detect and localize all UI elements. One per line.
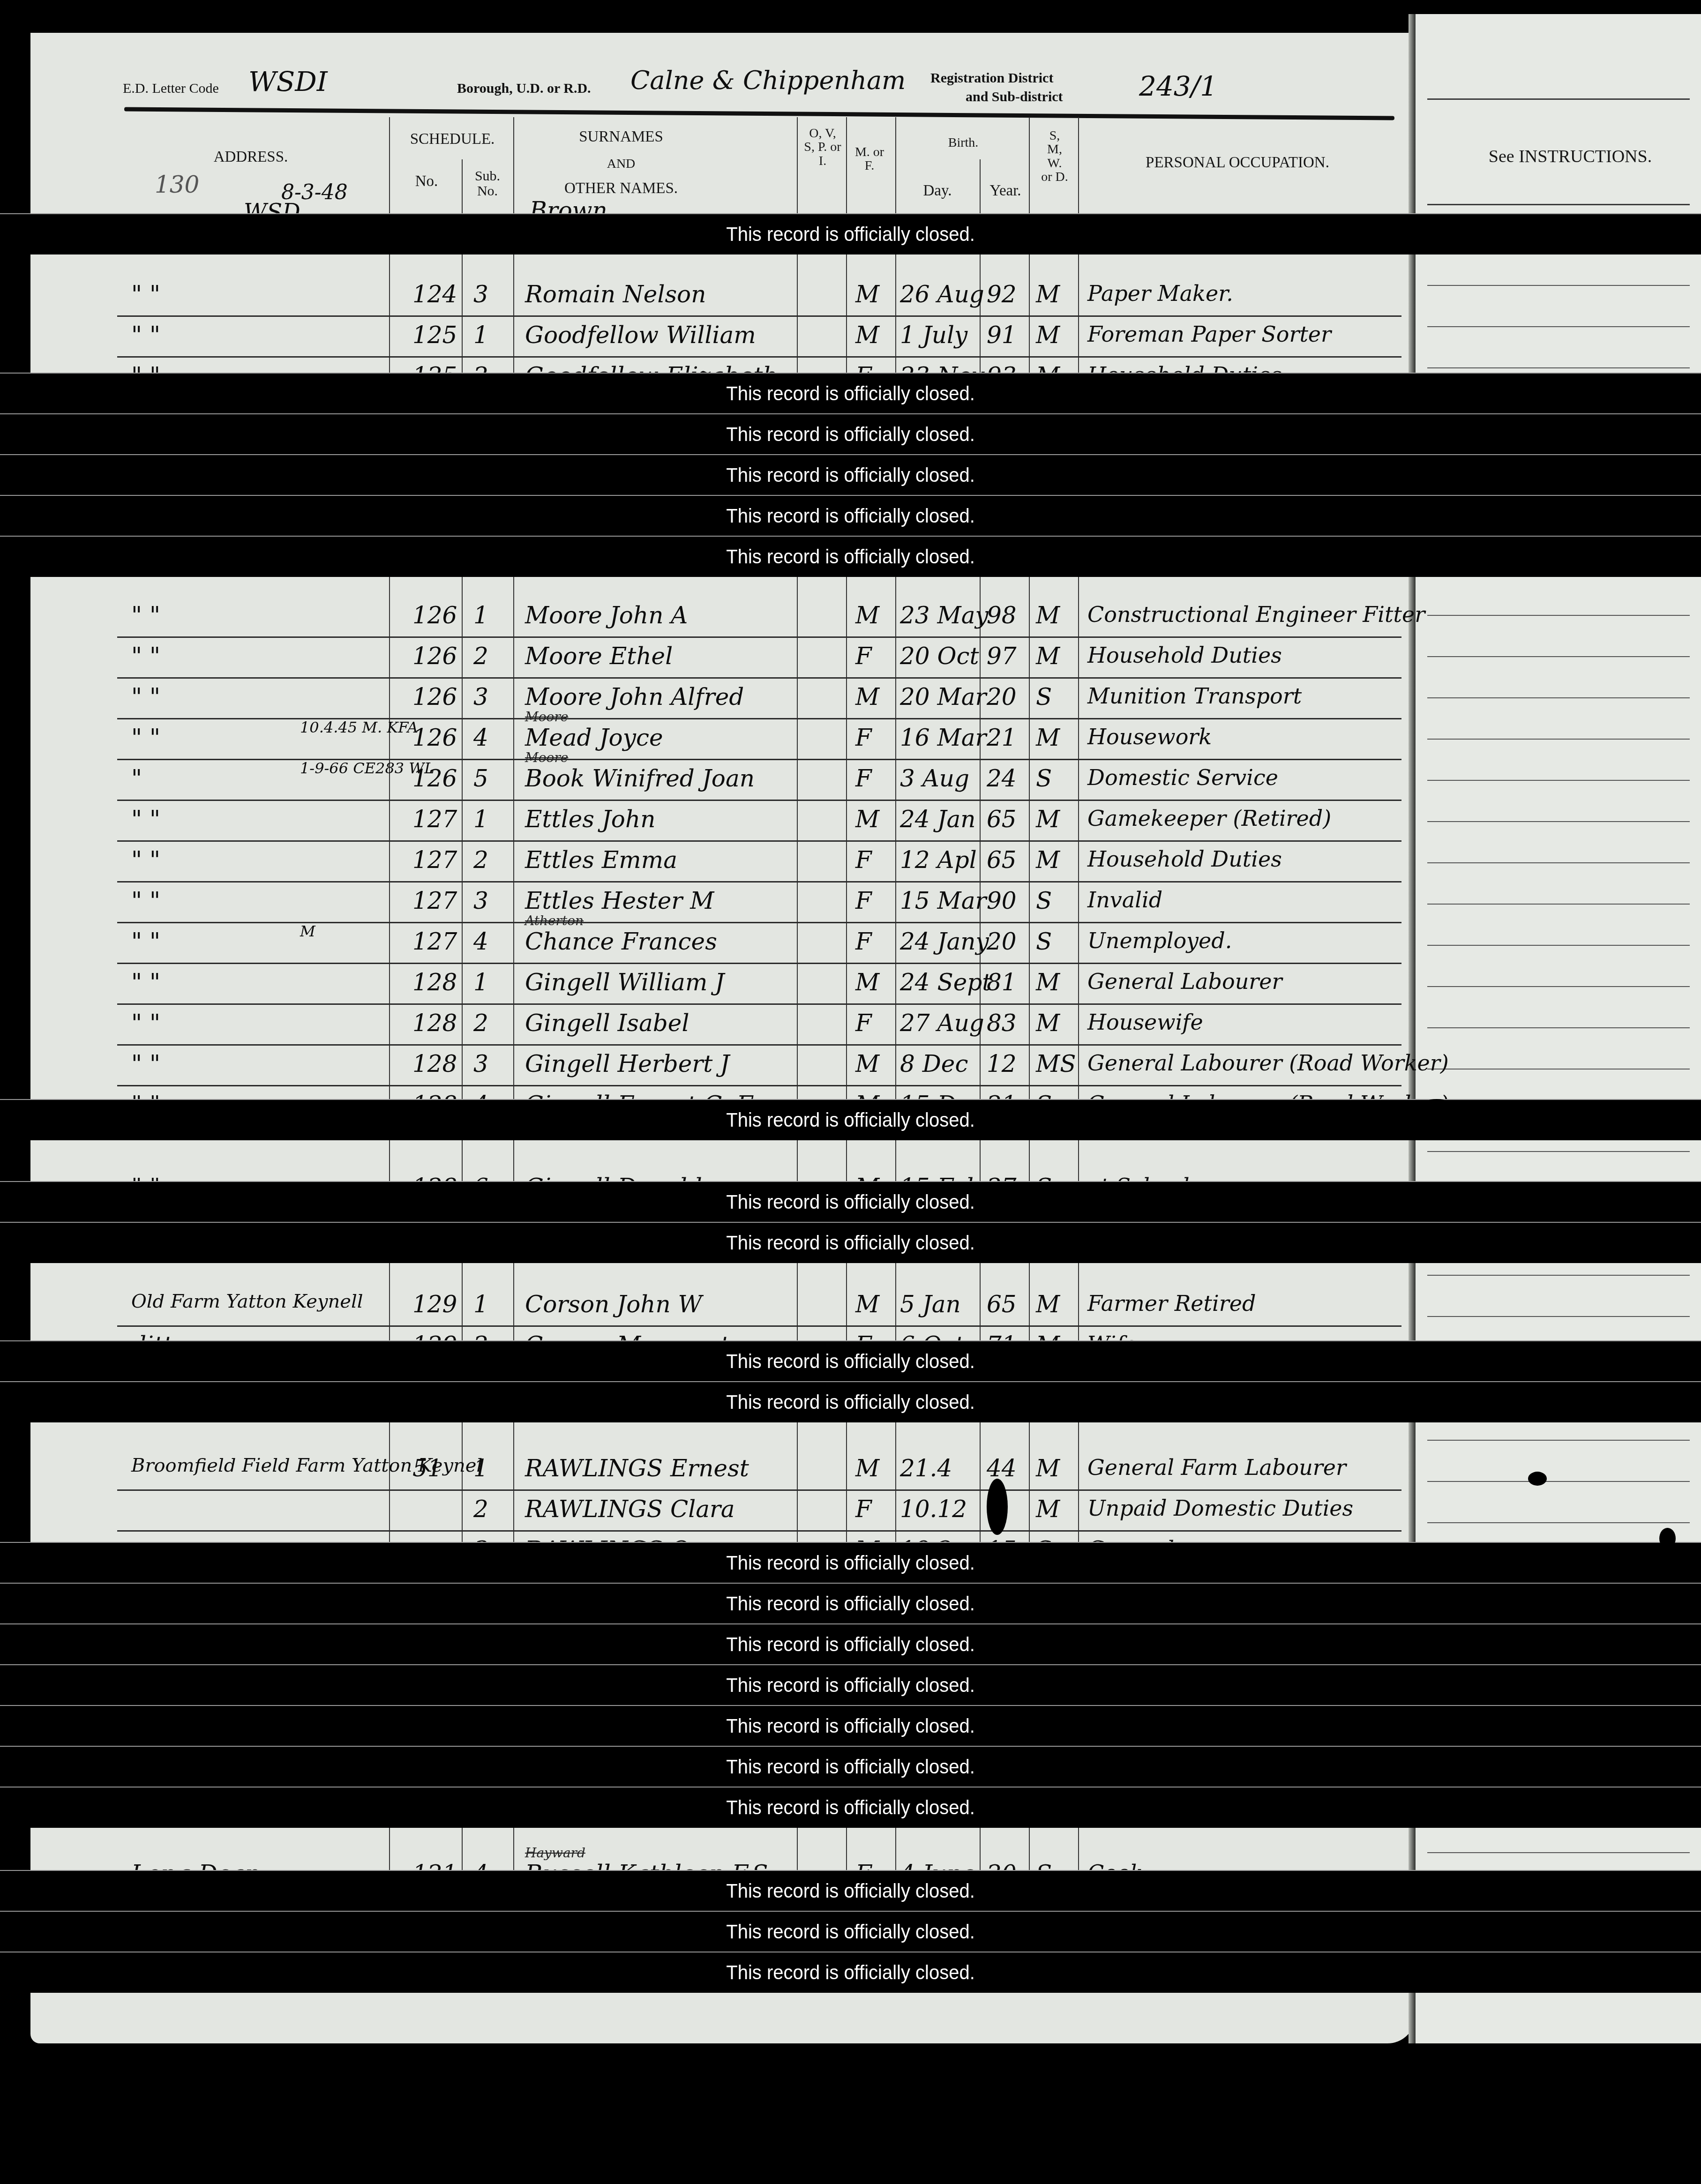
cell-day: 10.12 [900,1496,967,1523]
right-page-rule [1427,904,1690,905]
right-page-rule [1427,1027,1690,1028]
register-row: " "1281Gingell William JM24 Sept81MGener… [117,962,1401,1005]
cell-day: 24 Jany [900,928,989,955]
cell-day: 23 May [900,602,989,629]
closed-record-band: This record is officially closed. [0,1381,1701,1422]
cell-occ: Housework [1087,724,1212,749]
cell-no: 128 [412,969,457,996]
right-page-rule [1427,1069,1690,1070]
closed-record-band: This record is officially closed. [0,1664,1701,1705]
closed-record-text: This record is officially closed. [726,1911,975,1953]
cell-occ: General Farm Labourer [1087,1455,1346,1480]
cell-year: 21 [987,724,1017,751]
cell-smwd: S [1036,683,1052,711]
cell-name: Romain Nelson [525,281,706,308]
register-row: Broomfield Field Farm Yatton Keynel511RA… [117,1448,1401,1491]
cell-no: 126 [412,602,457,629]
ed-letter-code-label: E.D. Letter Code [123,81,219,97]
cell-day: 27 Aug [900,1010,984,1037]
cell-name: Moore Ethel [525,643,673,670]
col-address: ADDRESS. [187,149,314,165]
closed-record-text: This record is officially closed. [726,1870,975,1912]
cell-name: Gingell Isabel [525,1010,689,1037]
cell-addr: " " [131,724,160,751]
closed-record-text: This record is officially closed. [726,1623,975,1666]
cell-sub: 4 [473,724,488,751]
cell-smwd: M [1036,806,1060,833]
cell-no: 126 [412,765,457,792]
cell-no: 126 [412,683,457,711]
closed-record-band: This record is officially closed. [0,1222,1701,1263]
margin-note-130: 130 [155,171,199,198]
cell-addr: " " [131,806,160,833]
cell-sub: 2 [473,846,488,874]
cell-addr: " " [131,1050,160,1077]
closed-record-text: This record is officially closed. [726,1222,975,1264]
cell-addr: " " [131,1010,160,1037]
cell-year: 98 [987,602,1017,629]
cell-sub: 1 [473,806,488,833]
cell-smwd: M [1036,1455,1060,1482]
col-schedule-no: No. [408,173,445,190]
cell-no: 124 [412,281,457,308]
right-page-rule [1427,821,1690,822]
col-other-names: OTHER NAMES. [539,180,703,197]
closed-record-band: This record is officially closed. [0,373,1701,414]
cell-sex: F [855,846,872,874]
closed-record-band: This record is officially closed. [0,1911,1701,1952]
cell-year: 90 [987,887,1017,914]
cell-year: 65 [987,1291,1017,1318]
cell-sub: 1 [473,322,488,349]
cell-addr: " " [131,683,160,711]
col-surnames: SURNAMES [539,129,703,145]
col-instructions: See INSTRUCTIONS. [1472,148,1669,166]
cell-no: 129 [412,1291,457,1318]
cell-name: RAWLINGS Clara [525,1496,735,1523]
closed-record-band: This record is officially closed. [0,1623,1701,1665]
col-birth-year: Year. [984,183,1027,199]
cell-sex: M [855,322,879,349]
cell-sub: 5 [473,765,488,792]
cell-name: RAWLINGS Ernest [525,1455,749,1482]
cell-name: Goodfellow William [525,322,756,349]
right-page-rule [1427,656,1690,657]
cell-occ: General Labourer (Road Worker) [1087,1050,1449,1076]
cell-no: 51 [412,1455,442,1482]
cell-year: 20 [987,683,1017,711]
right-page-rule [1427,945,1690,946]
cell-no: 125 [412,322,457,349]
cell-no: 128 [412,1010,457,1037]
cell-sub: 2 [473,1496,488,1523]
cell-addr: " " [131,928,160,955]
cell-name: Book Winifred Joan [525,765,755,792]
ink-blot [1528,1472,1547,1486]
right-page-rule [1427,739,1690,740]
cell-day: 16 Mar [900,724,986,751]
cell-name: Ettles Hester M [525,887,714,914]
cell-sex: F [855,1496,872,1523]
right-page-rule [1427,367,1690,368]
right-page-rule [1427,1852,1690,1853]
struck-surname: Atherton [525,913,584,928]
closed-record-text: This record is officially closed. [726,1952,975,1994]
closed-record-text: This record is officially closed. [726,536,975,578]
cell-occ: General Labourer [1087,969,1282,994]
right-page-rule [1427,326,1690,327]
right-page-rule [1427,862,1690,863]
closed-record-band: This record is officially closed. [0,1952,1701,1993]
cell-sex: F [855,928,872,955]
cell-smwd: M [1036,322,1060,349]
cell-name: Gingell Herbert J [525,1050,729,1077]
closed-record-text: This record is officially closed. [726,1542,975,1584]
register-row: " "1272Ettles EmmaF12 Apl65MHousehold Du… [117,840,1401,883]
cell-addr: " [131,765,142,792]
cell-day: 12 Apl [900,846,977,874]
cell-sub: 4 [473,928,488,955]
ink-blot [987,1479,1008,1535]
register-row: 2RAWLINGS ClaraF10.12MUnpaid Domestic Du… [117,1489,1401,1532]
cell-addr: " " [131,846,160,874]
borough-label: Borough, U.D. or R.D. [457,81,591,97]
cell-smwd: M [1036,969,1060,996]
right-page-rule [1427,986,1690,987]
right-page-rule [1427,285,1690,286]
cell-day: 20 Mar [900,683,986,711]
cell-occ: Paper Maker. [1087,281,1233,306]
cell-smwd: M [1036,1496,1060,1523]
cell-no: 127 [412,846,457,874]
closed-record-band: This record is officially closed. [0,1705,1701,1746]
closed-record-text: This record is officially closed. [726,373,975,415]
cell-sex: M [855,806,879,833]
registration-district-label: Registration District [930,70,1053,86]
closed-record-text: This record is officially closed. [726,213,975,255]
cell-occ: Foreman Paper Sorter [1087,322,1331,347]
right-page-rule [1427,1316,1690,1317]
cell-sub: 1 [473,602,488,629]
right-page-rule [1427,615,1690,616]
right-page-rule [1427,1440,1690,1441]
register-row: " "M1274Chance FrancesF24 Jany20SUnemplo… [117,921,1401,964]
cell-name: Corson John W [525,1291,702,1318]
cell-no: 126 [412,643,457,670]
register-row: " "1271Ettles JohnM24 Jan65MGamekeeper (… [117,799,1401,842]
cell-occ: Household Duties [1087,846,1282,872]
register-row: " "1261Moore John AM23 May98MConstructio… [117,595,1401,638]
cell-smwd: M [1036,846,1060,874]
cell-sex: F [855,887,872,914]
cell-addr: " " [131,643,160,670]
cell-day: 15 Mar [900,887,986,914]
closed-record-text: This record is officially closed. [726,1099,975,1141]
closed-record-text: This record is officially closed. [726,1340,975,1383]
closed-record-band: This record is officially closed. [0,454,1701,495]
cell-addr: " " [131,887,160,914]
cell-smwd: S [1036,765,1052,792]
closed-record-text: This record is officially closed. [726,1705,975,1747]
cell-year: 20 [987,928,1017,955]
closed-record-band: This record is officially closed. [0,413,1701,455]
col-smwd: S, M, W. or D. [1041,129,1069,184]
cell-year: 81 [987,969,1017,996]
cell-occ: Housewife [1087,1010,1203,1035]
cell-name: Gingell William J [525,969,724,996]
cell-addr: Old Farm Yatton Keynell [131,1291,363,1312]
cell-addr: " " [131,969,160,996]
register-row: " "1282Gingell IsabelF27 Aug83MHousewife [117,1003,1401,1046]
col-birth: Birth. [905,136,1022,150]
cell-smwd: MS [1036,1050,1076,1077]
cell-occ: Domestic Service [1087,765,1278,790]
borough-value: Calne & Chippenham [630,66,906,95]
cell-smwd: M [1036,602,1060,629]
cell-note: 10.4.45 M. KFA [300,718,418,736]
col-schedule: SCHEDULE. [396,131,509,148]
cell-no: 128 [412,1050,457,1077]
cell-name: Mead Joyce [525,724,663,751]
cell-year: 97 [987,643,1017,670]
closed-record-band: This record is officially closed. [0,1746,1701,1787]
cell-no: 127 [412,887,457,914]
cell-year: 92 [987,281,1017,308]
closed-record-text: This record is officially closed. [726,1181,975,1223]
cell-year: 91 [987,322,1017,349]
ink-blot [1420,1099,1453,1115]
struck-surname: Hayward [525,1845,585,1861]
cell-year: 24 [987,765,1017,792]
right-page-rule [1427,1522,1690,1523]
col-sex: M. or F. [853,145,886,173]
closed-record-band: This record is officially closed. [0,495,1701,536]
cell-sex: M [855,281,879,308]
cell-name: Ettles Emma [525,846,677,874]
cell-addr: " " [131,322,160,349]
closed-record-band: This record is officially closed. [0,213,1701,254]
right-page-rule [1427,98,1690,100]
right-page-rule [1427,204,1690,205]
cell-addr: " " [131,281,160,308]
register-row: " "1273Ettles Hester MF15 Mar90SInvalid [117,881,1401,923]
cell-smwd: M [1036,724,1060,751]
cell-no: 126 [412,724,457,751]
cell-sex: M [855,1291,879,1318]
right-page-rule [1427,1275,1690,1276]
cell-sex: F [855,643,872,670]
closed-record-text: This record is officially closed. [726,1583,975,1625]
cell-occ: Unemployed. [1087,928,1232,953]
cell-note: M [300,922,315,940]
cell-sex: F [855,1010,872,1037]
struck-surname: Moore [525,709,568,725]
cell-name: Chance Frances [525,928,717,955]
closed-record-text: This record is officially closed. [726,1787,975,1829]
register-row: " "10.4.45 M. KFA1264Mead JoyceF16 Mar21… [117,718,1401,760]
cell-no: 127 [412,928,457,955]
cell-occ: Farmer Retired [1087,1291,1256,1316]
cell-sub: 3 [473,281,488,308]
closed-record-text: This record is officially closed. [726,454,975,496]
cell-occ: Gamekeeper (Retired) [1087,806,1331,831]
cell-smwd: S [1036,887,1052,914]
register-row: "1-9-66 CE283 WL1265Book Winifred JoanF3… [117,758,1401,801]
cell-occ: Constructional Engineer Fitter [1087,602,1425,627]
col-and: AND [539,157,703,171]
cell-sex: M [855,1050,879,1077]
cell-sub: 1 [473,969,488,996]
cell-occ: Household Duties [1087,643,1282,668]
ed-letter-code-value: WSDI [248,66,328,97]
cell-day: 20 Oct [900,643,979,670]
sub-district-label: and Sub-district [966,89,1063,105]
closed-record-text: This record is officially closed. [726,1746,975,1788]
cell-occ: Munition Transport [1087,683,1302,709]
closed-record-band: This record is officially closed. [0,536,1701,577]
right-page-rule [1427,1151,1690,1152]
registration-value: 243/1 [1139,70,1217,102]
cell-smwd: M [1036,1291,1060,1318]
cell-occ: Invalid [1087,887,1162,912]
cell-sex: F [855,765,872,792]
cell-sex: M [855,969,879,996]
cell-sub: 1 [473,1455,488,1482]
cell-sub: 2 [473,1010,488,1037]
cell-year: 44 [987,1455,1017,1482]
cell-day: 1 July [900,322,967,349]
cell-smwd: M [1036,1010,1060,1037]
cell-day: 24 Jan [900,806,976,833]
col-occupation: PERSONAL OCCUPATION. [1097,155,1378,171]
closed-record-band: This record is officially closed. [0,1340,1701,1382]
cell-sex: M [855,1455,879,1482]
cell-day: 3 Aug [900,765,969,792]
cell-no: 127 [412,806,457,833]
closed-record-text: This record is officially closed. [726,1381,975,1423]
cell-year: 12 [987,1050,1017,1077]
cell-smwd: M [1036,281,1060,308]
register-row: " "1283Gingell Herbert JM8 Dec12MSGenera… [117,1044,1401,1086]
cell-sub: 3 [473,887,488,914]
cell-name: Moore John Alfred [525,683,744,711]
cell-day: 5 Jan [900,1291,961,1318]
col-birth-day: Day. [914,183,961,199]
cell-day: 8 Dec [900,1050,968,1077]
cell-day: 24 Sept [900,969,991,996]
register-row: " "1251Goodfellow WilliamM1 July91MForem… [117,315,1401,358]
cell-smwd: M [1036,643,1060,670]
closed-record-band: This record is officially closed. [0,1542,1701,1583]
register-row: Old Farm Yatton Keynell1291Corson John W… [117,1284,1401,1327]
cell-sex: M [855,683,879,711]
cell-sub: 3 [473,1050,488,1077]
cell-smwd: S [1036,928,1052,955]
register-row: " "1263Moore John AlfredM20 Mar20SMuniti… [117,677,1401,719]
cell-sub: 2 [473,643,488,670]
right-page-rule [1427,697,1690,698]
col-ovspi: O, V, S, P. or I. [804,127,841,168]
closed-record-text: This record is officially closed. [726,1664,975,1706]
right-page-rule [1427,1481,1690,1482]
cell-day: 21.4 [900,1455,952,1482]
struck-surname: Moore [525,750,568,765]
cell-sub: 3 [473,683,488,711]
ink-blot [1659,1528,1676,1549]
closed-record-text: This record is officially closed. [726,495,975,537]
cell-name: Moore John A [525,602,688,629]
cell-sex: F [855,724,872,751]
closed-record-band: This record is officially closed. [0,1583,1701,1624]
cell-name: Ettles John [525,806,655,833]
cell-addr: " " [131,602,160,629]
cell-year: 83 [987,1010,1017,1037]
register-row: " "1262Moore EthelF20 Oct97MHousehold Du… [117,636,1401,679]
cell-year: 65 [987,806,1017,833]
closed-record-band: This record is officially closed. [0,1787,1701,1828]
right-page-rule [1427,780,1690,781]
cell-occ: Unpaid Domestic Duties [1087,1496,1353,1521]
closed-record-text: This record is officially closed. [726,413,975,456]
cell-year: 65 [987,846,1017,874]
col-schedule-sub: Sub. No. [471,169,504,198]
cell-sex: M [855,602,879,629]
closed-record-band: This record is officially closed. [0,1870,1701,1911]
cell-day: 26 Aug [900,281,984,308]
cell-sub: 1 [473,1291,488,1318]
register-row: " "1243Romain NelsonM26 Aug92MPaper Make… [117,274,1401,317]
closed-record-band: This record is officially closed. [0,1181,1701,1222]
